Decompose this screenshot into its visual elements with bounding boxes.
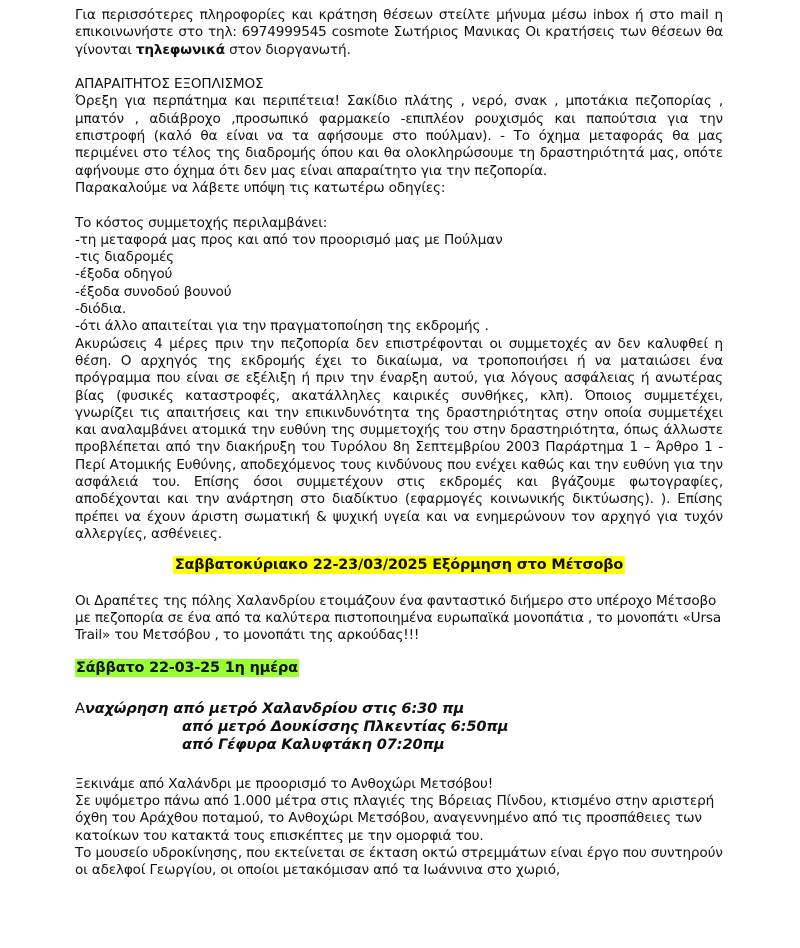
event-title: Σαββατοκύριακο 22-23/03/2025 Εξόρμηση στ… — [173, 556, 625, 574]
equipment-body: Όρεξη για περπάτημα και περιπέτεια! Σακί… — [75, 93, 723, 179]
day1-title: Σάββατο 22-03-25 1η ημέρα — [75, 659, 299, 677]
cost-title: Το κόστος συμμετοχής περιλαμβάνει: — [75, 215, 723, 232]
spacer — [75, 575, 723, 593]
spacer — [75, 59, 723, 76]
booking-info: Για περισσότερες πληροφορίες και κράτηση… — [75, 7, 723, 59]
terms-paragraph: Ακυρώσεις 4 μέρες πριν την πεζοπορία δεν… — [75, 336, 723, 544]
event-heading-row: Σαββατοκύριακο 22-23/03/2025 Εξόρμηση στ… — [75, 557, 723, 574]
spacer — [75, 197, 723, 214]
departure-line-1: Αναχώρηση από μετρό Χαλανδρίου στις 6:30… — [75, 700, 723, 718]
cost-item: -τις διαδρομές — [75, 249, 723, 266]
departure-line-2: από μετρό Δουκίσσης Πλκεντίας 6:50πμ — [75, 718, 723, 736]
departure-schedule: Αναχώρηση από μετρό Χαλανδρίου στις 6:30… — [75, 700, 723, 754]
cost-item: -διόδια. — [75, 301, 723, 318]
cost-item: -έξοδα συνοδού βουνού — [75, 284, 723, 301]
cost-item: -τη μεταφορά μας προς και από τον προορι… — [75, 232, 723, 249]
day1-paragraph-2: Σε υψόμετρο πάνω από 1.000 μέτρα στις πλ… — [75, 793, 723, 845]
phone-emphasis: τηλεφωνικά — [136, 42, 225, 58]
day1-paragraph-1: Ξεκινάμε από Χαλάνδρι με προορισμό το Αν… — [75, 776, 723, 793]
spacer — [75, 644, 723, 660]
cost-item: -έξοδα οδηγού — [75, 266, 723, 283]
spacer — [75, 678, 723, 700]
document-page: Για περισσότερες πληροφορίες και κράτηση… — [75, 7, 723, 879]
instructions-note: Παρακαλούμε να λάβετε υπόψη τις κατωτέρω… — [75, 180, 723, 197]
departure-line-3: από Γέφυρα Καλυφτάκη 07:20πμ — [75, 736, 723, 754]
spacer — [75, 543, 723, 557]
cost-item: -ότι άλλο απαιτείται για την πραγματοποί… — [75, 318, 723, 335]
spacer — [75, 754, 723, 776]
event-description: Οι Δραπέτες της πόλης Χαλανδρίου ετοιμάζ… — [75, 593, 723, 645]
equipment-title: ΑΠΑΡΑΙΤΗΤΟΣ ΕΞΟΠΛΙΣΜΟΣ — [75, 76, 723, 93]
day1-paragraph-3: Το μουσείο υδροκίνησης, που εκτείνεται σ… — [75, 845, 723, 880]
